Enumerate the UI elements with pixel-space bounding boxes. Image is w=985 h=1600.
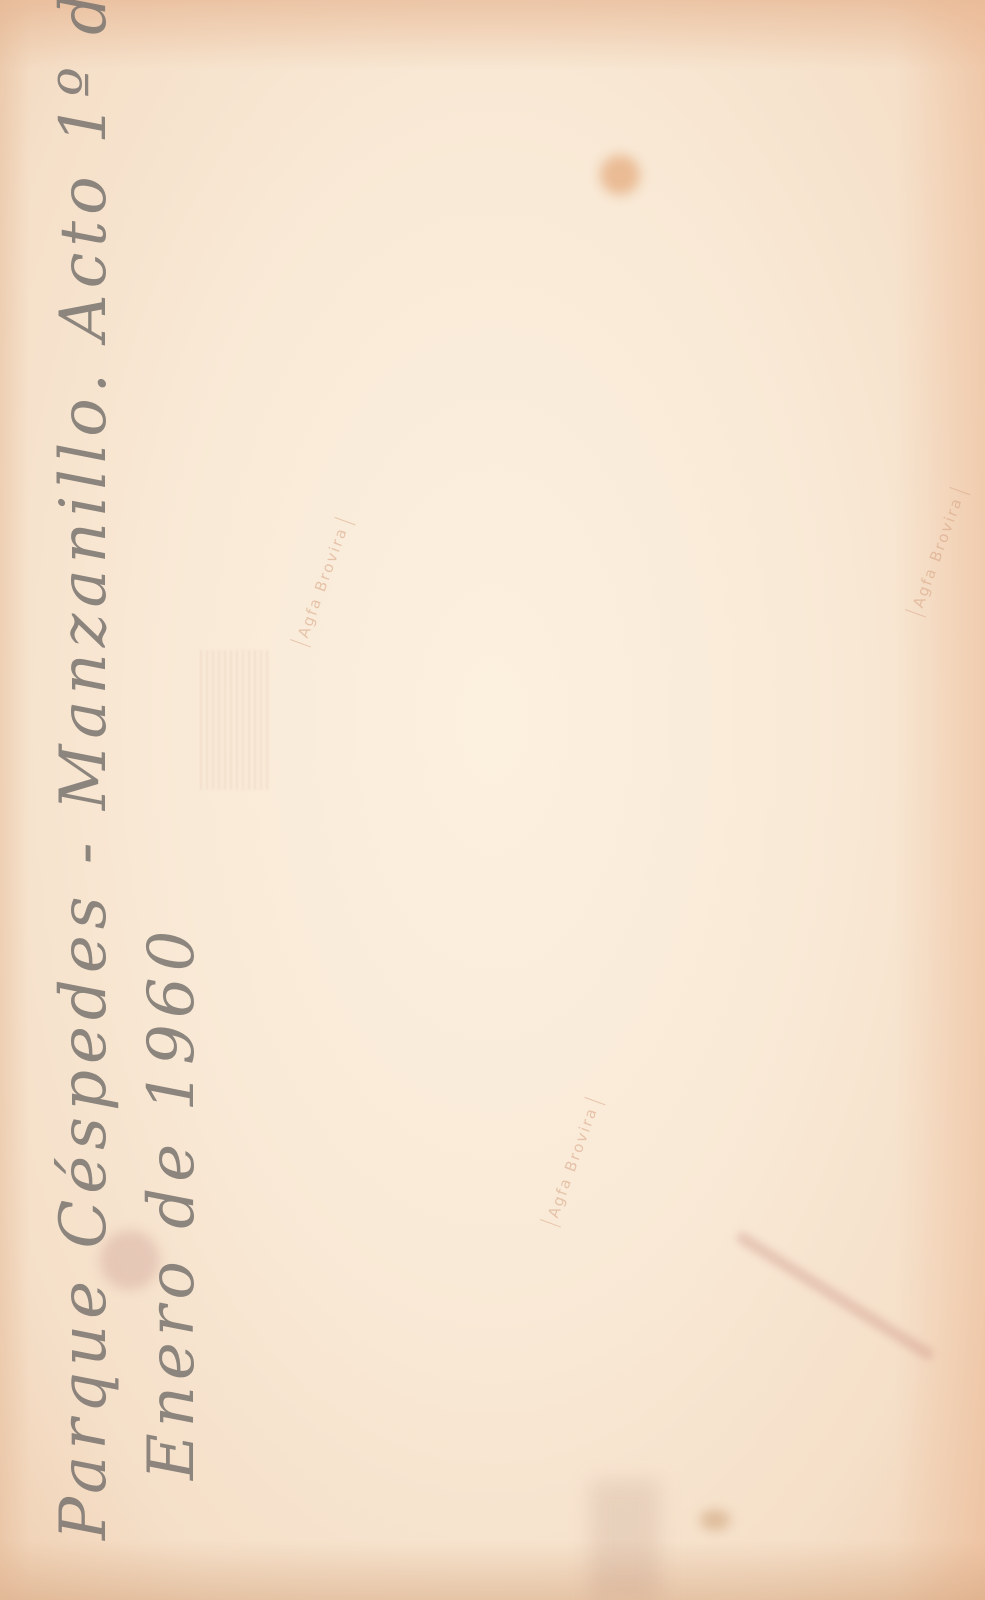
stain-spot <box>700 1510 730 1530</box>
photo-back-card: Agfa Brovira Agfa Brovira Agfa Brovira P… <box>0 0 985 1600</box>
aged-edge-left <box>0 0 30 1600</box>
handwritten-caption: Parque Céspedes - Manzanillo. Acto 1º de… <box>40 70 216 1570</box>
caption-line-2: Enero de 1960 <box>128 70 216 1570</box>
aged-edge-top <box>0 0 985 70</box>
stain-spot <box>600 155 640 195</box>
aged-edge-right <box>895 0 985 1600</box>
paper-brand-stamp: Agfa Brovira <box>540 1097 605 1227</box>
caption-line-1: Parque Céspedes - Manzanillo. Acto 1º de <box>40 70 128 1570</box>
smudge <box>590 1480 660 1600</box>
paper-brand-stamp: Agfa Brovira <box>290 517 355 647</box>
